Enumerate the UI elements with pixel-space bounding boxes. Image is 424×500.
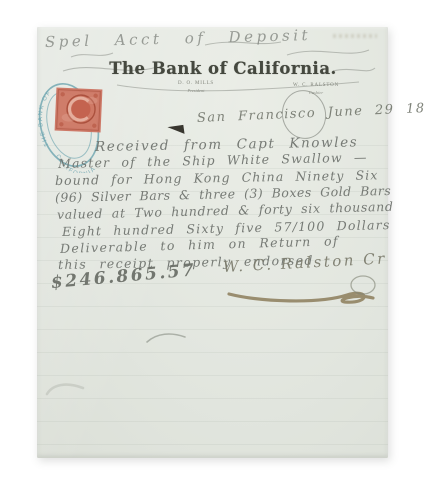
handwritten-docket: Spel Acct of Deposit — [45, 26, 312, 51]
president-title: President — [165, 88, 227, 94]
officer-president: D. O. MILLS President — [165, 81, 227, 94]
faint-check-mark — [145, 330, 187, 346]
revenue-stamp — [54, 87, 103, 133]
president-name: D. O. MILLS — [165, 81, 227, 88]
document-paper: Spel Acct of Deposit The Bank of Califor… — [37, 27, 388, 458]
cashier-name: W. C. RALSTON — [285, 83, 347, 90]
faint-pencil-notation — [333, 34, 377, 38]
faint-smudge — [45, 379, 87, 399]
signature-flourish — [227, 274, 377, 312]
bank-name-letterhead: The Bank of California. — [92, 59, 354, 78]
photo-background: Spel Acct of Deposit The Bank of Califor… — [0, 0, 424, 500]
ink-blot-flag — [167, 125, 184, 136]
